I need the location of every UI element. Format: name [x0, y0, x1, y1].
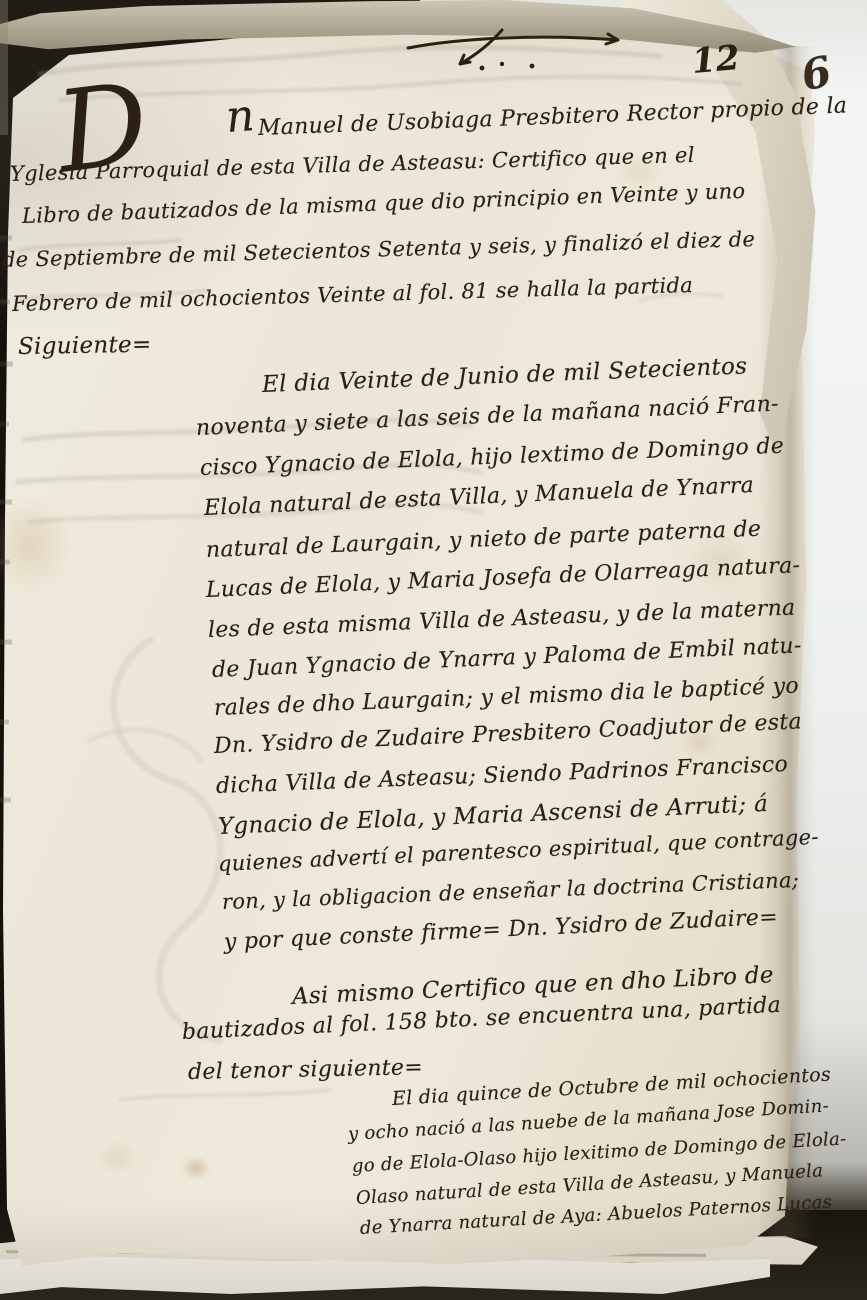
- manuscript-scan: 12 6 D n Manuel de Usobiaga Presbitero R…: [0, 0, 867, 1300]
- manuscript-line: del tenor siguiente=: [188, 1055, 423, 1085]
- manuscript-line: Siguiente=: [18, 332, 152, 360]
- folio-number: 12: [690, 38, 741, 82]
- drop-cap-superscript: n: [224, 90, 256, 143]
